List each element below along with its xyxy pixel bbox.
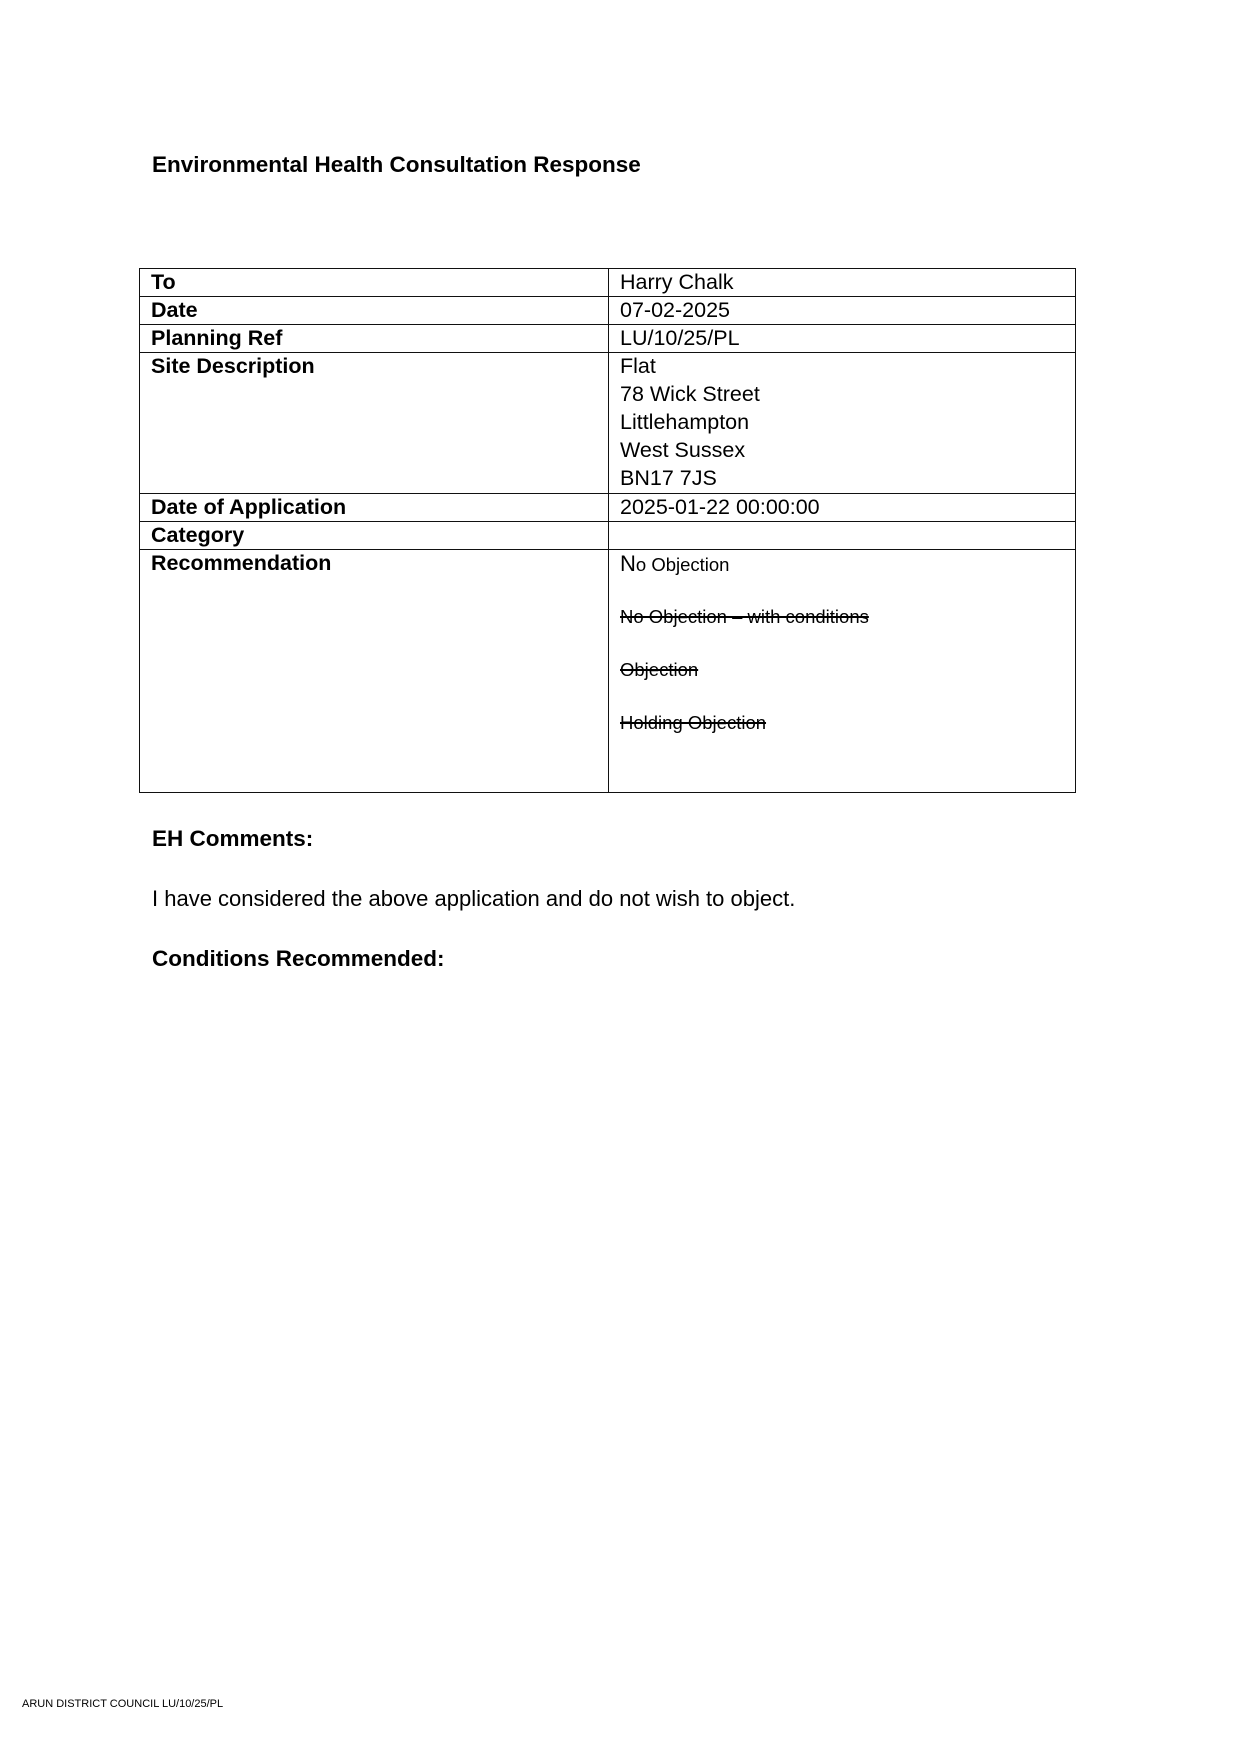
site-line: BN17 7JS: [620, 465, 1064, 493]
date-label: Date: [140, 297, 609, 325]
conditions-heading: Conditions Recommended:: [152, 946, 445, 972]
eh-comments-text: I have considered the above application …: [152, 886, 795, 912]
table-row-to: To Harry Chalk: [140, 269, 1076, 297]
recommendation-label: Recommendation: [140, 550, 609, 793]
page-footer: ARUN DISTRICT COUNCIL LU/10/25/PL: [22, 1697, 223, 1711]
to-label: To: [140, 269, 609, 297]
recommendation-first-letter: N: [620, 551, 636, 576]
table-row-date-of-application: Date of Application 2025-01-22 00:00:00: [140, 494, 1076, 522]
table-row-planning-ref: Planning Ref LU/10/25/PL: [140, 325, 1076, 353]
site-line: Flat: [620, 353, 1064, 381]
eh-comments-heading: EH Comments:: [152, 826, 313, 852]
recommendation-value: No Objection No Objection – with conditi…: [609, 550, 1076, 793]
site-line: Littlehampton: [620, 409, 1064, 437]
table-row-category: Category: [140, 522, 1076, 550]
planning-ref-value: LU/10/25/PL: [609, 325, 1076, 353]
date-of-application-value: 2025-01-22 00:00:00: [609, 494, 1076, 522]
site-description-label: Site Description: [140, 353, 609, 494]
recommendation-option-selected: No Objection: [620, 550, 1064, 603]
recommendation-option-struck: Objection: [620, 656, 1064, 709]
date-value: 07-02-2025: [609, 297, 1076, 325]
recommendation-option-struck: Holding Objection: [620, 709, 1064, 762]
consultation-details-table: To Harry Chalk Date 07-02-2025 Planning …: [139, 268, 1076, 793]
recommendation-option-struck: No Objection – with conditions: [620, 603, 1064, 656]
recommendation-rest: o Objection: [636, 554, 730, 575]
to-value: Harry Chalk: [609, 269, 1076, 297]
table-row-site-description: Site Description Flat 78 Wick Street Lit…: [140, 353, 1076, 494]
table-row-date: Date 07-02-2025: [140, 297, 1076, 325]
category-label: Category: [140, 522, 609, 550]
site-line: West Sussex: [620, 437, 1064, 465]
planning-ref-label: Planning Ref: [140, 325, 609, 353]
document-title: Environmental Health Consultation Respon…: [152, 152, 641, 178]
table-row-recommendation: Recommendation No Objection No Objection…: [140, 550, 1076, 793]
category-value: [609, 522, 1076, 550]
site-description-value: Flat 78 Wick Street Littlehampton West S…: [609, 353, 1076, 494]
site-line: 78 Wick Street: [620, 381, 1064, 409]
date-of-application-label: Date of Application: [140, 494, 609, 522]
